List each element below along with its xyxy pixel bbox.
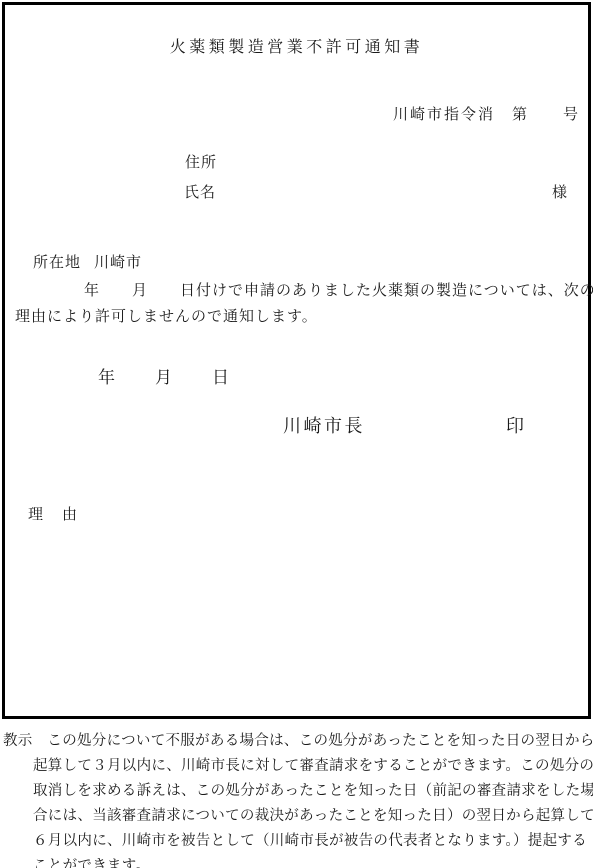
notice-line-4: 合には、当該審査請求についての裁決があったことを知った日）の翌日から起算して bbox=[33, 804, 593, 825]
document-page: 火薬類製造営業不許可通知書 川崎市指令消 第 号 住所 氏名 様 所在地川崎市 … bbox=[0, 0, 593, 868]
reason-label: 理 由 bbox=[28, 503, 79, 524]
location-label: 所在地 bbox=[33, 255, 81, 271]
notice-line-3: 取消しを求める訴えは、この処分があったことを知った日（前記の審査請求をした場 bbox=[33, 779, 593, 800]
notice-line-5: ６月以内に、川崎市を被告として（川崎市長が被告の代表者となります。）提起する bbox=[33, 829, 587, 850]
seal-mark: 印 bbox=[506, 412, 524, 438]
issuer-name: 川崎市長 bbox=[283, 412, 365, 438]
document-title: 火薬類製造営業不許可通知書 bbox=[0, 34, 593, 57]
body-text-line-1: 年 月 日付けで申請のありました火薬類の製造については、次の bbox=[84, 279, 593, 300]
doc-number: 川崎市指令消 第 号 bbox=[393, 103, 580, 124]
address-label: 住所 bbox=[185, 151, 217, 172]
honorific-label: 様 bbox=[552, 181, 567, 202]
notice-line-1: 教示 この処分について不服がある場合は、この処分があったことを知った日の翌日から bbox=[3, 729, 593, 750]
name-label: 氏名 bbox=[184, 181, 216, 202]
issue-date-line: 年 月 日 bbox=[98, 363, 231, 388]
notice-line-2: 起算して３月以内に、川崎市長に対して審査請求をすることができます。この処分の bbox=[33, 754, 593, 775]
location-line: 所在地川崎市 bbox=[33, 251, 142, 272]
notice-line-6: ことができます。 bbox=[33, 854, 150, 868]
location-value: 川崎市 bbox=[94, 255, 142, 271]
body-text-line-2: 理由により許可しませんので通知します。 bbox=[15, 305, 318, 326]
